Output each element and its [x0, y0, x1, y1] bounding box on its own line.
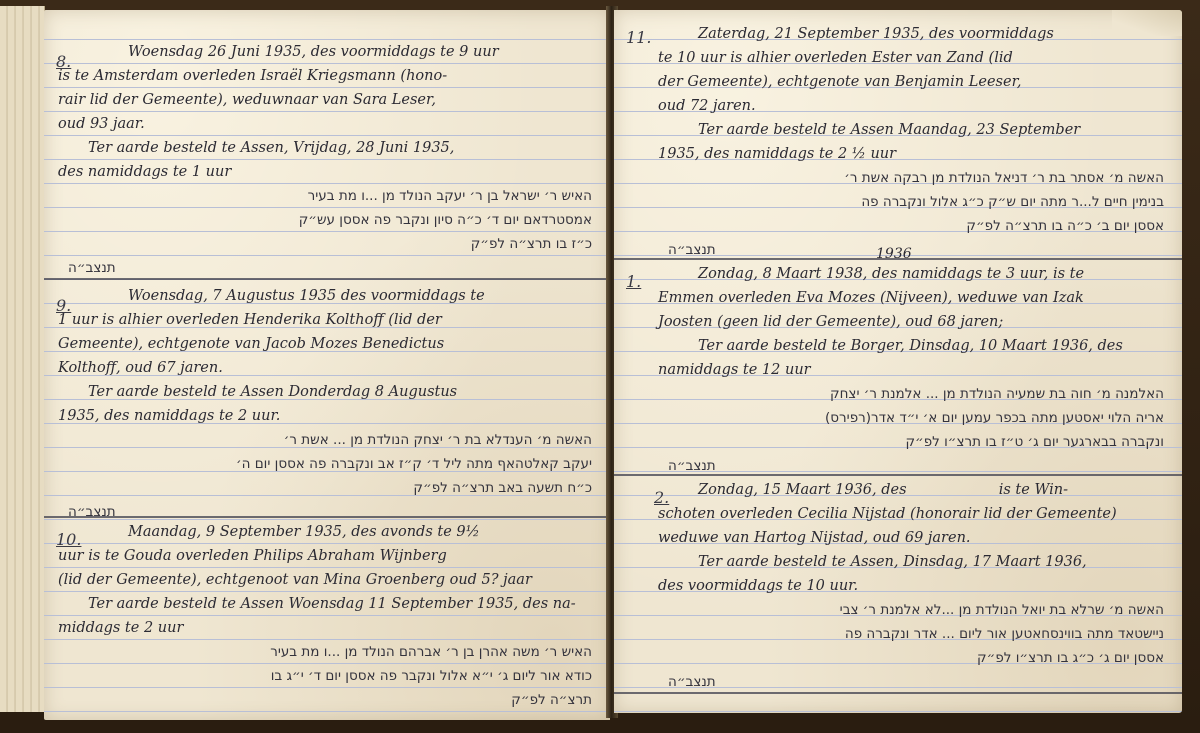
hebrew-text-line: האשה מ׳ אסתר בת ר׳ דניאל הנולדת מן רבקה …: [628, 166, 1164, 190]
hebrew-inscription: האשה מ׳ שרלא בת יואל הנולדת מן ...לא אלמ…: [628, 598, 1170, 694]
entry-text-line: (lid der Gemeente), echtgenoot van Mina …: [58, 568, 598, 592]
hebrew-text-line: בנימין חיים ל...ר מתה יום ש״ק כ״ג אלול ו…: [628, 190, 1164, 214]
ledger-book: 8. Woensdag 26 Juni 1935, des voormiddag…: [0, 0, 1200, 733]
entry-text-line: Ter aarde besteld te Borger, Dinsdag, 10…: [628, 334, 1170, 358]
hebrew-inscription: האשה מ׳ הענדלא בת ר׳ יצחק הנולדת מן ... …: [58, 428, 598, 524]
entry-divider: [614, 474, 1182, 476]
hebrew-text-line: אססן יום ג׳ כ״ג בו תרצ״ו לפ״ק: [628, 646, 1164, 670]
hebrew-text-line: אססן יום ב׳ כ״ה בו תרצ״ה לפ״ק: [628, 214, 1164, 238]
hebrew-text-line: תרצ״ה לפ״ק: [58, 688, 592, 712]
entry-text-line: Ter aarde besteld te Assen, Dinsdag, 17 …: [628, 550, 1170, 574]
entry-text-line: Woensdag 26 Juni 1935, des voormiddags t…: [58, 40, 598, 64]
entry-text-line: oud 72 jaren.: [628, 94, 1170, 118]
entry-text-line: is te Amsterdam overleden Israël Kriegsm…: [58, 64, 598, 88]
hebrew-text-line: יעקב קאלטהאף מתה ליל ד׳ ק״ז אב ונקברה פה…: [58, 452, 592, 476]
entry-text-line: 1 uur is alhier overleden Henderika Kolt…: [58, 308, 598, 332]
entry-text-line: der Gemeente), echtgenote van Benjamin L…: [628, 70, 1170, 94]
entry-text-line: schoten overleden Cecilia Nijstad (honor…: [628, 502, 1170, 526]
left-page: 8. Woensdag 26 Juni 1935, des voormiddag…: [44, 10, 610, 720]
hebrew-inscription: האיש ר׳ ישראל בן ר׳ יעקב הנולד מן ...ו מ…: [58, 184, 598, 280]
entry-divider: [614, 692, 1182, 694]
entry-text-line: te 10 uur is alhier overleden Ester van …: [628, 46, 1170, 70]
entry-text-line: 1935, des namiddags te 2 ½ uur: [628, 142, 1170, 166]
register-entry: Woensdag 26 Juni 1935, des voormiddags t…: [58, 40, 598, 280]
right-page: 11. Zaterdag, 21 September 1935, des voo…: [614, 10, 1182, 713]
register-entry: Zondag, 8 Maart 1938, des namiddags te 3…: [628, 262, 1170, 478]
hebrew-text-line: האיש ר׳ משה אהרן בן ר׳ אברהם הנולד מן ..…: [58, 640, 592, 664]
hebrew-text-line: האשה מ׳ שרלא בת יואל הנולדת מן ...לא אלמ…: [628, 598, 1164, 622]
hebrew-text-line: האשה מ׳ הענדלא בת ר׳ יצחק הנולדת מן ... …: [58, 428, 592, 452]
entry-text-line: des namiddags te 1 uur: [58, 160, 598, 184]
entry-text-line: Ter aarde besteld te Assen, Vrijdag, 28 …: [58, 136, 598, 160]
hebrew-text-line: האלמנה מ׳ חוה בת שמעיה הנולדת מן ... אלמ…: [628, 382, 1164, 406]
register-entry: Zaterdag, 21 September 1935, des voormid…: [628, 22, 1170, 262]
entry-text-line: 1935, des namiddags te 2 uur.: [58, 404, 598, 428]
entry-text-line: weduwe van Hartog Nijstad, oud 69 jaren.: [628, 526, 1170, 550]
hebrew-text-line: ונקברה בבארגער יום ג׳ ט״ז בו תרצ״ו לפ״ק: [628, 430, 1164, 454]
entry-text-line: middags te 2 uur: [58, 616, 598, 640]
hebrew-text-line: תנצב״ה: [58, 712, 592, 720]
entry-text-line: Zondag, 15 Maart 1936, des is te Win-: [628, 478, 1170, 502]
hebrew-text-line: כודא אור ליום ג׳ י״א אלול ונקבר פה אססן …: [58, 664, 592, 688]
entry-text-line: Zaterdag, 21 September 1935, des voormid…: [628, 22, 1170, 46]
hebrew-text-line: תנצב״ה: [58, 256, 592, 280]
hebrew-inscription: האלמנה מ׳ חוה בת שמעיה הנולדת מן ... אלמ…: [628, 382, 1170, 478]
entry-text-line: namiddags te 12 uur: [628, 358, 1170, 382]
hebrew-text-line: כ״ח תשעה באב תרצ״ה לפ״ק: [58, 476, 592, 500]
register-entry: Zondag, 15 Maart 1936, des is te Win- sc…: [628, 478, 1170, 694]
entry-divider: [44, 516, 610, 518]
hebrew-text-line: תנצב״ה: [628, 670, 1164, 694]
hebrew-text-line: אריה הלוי יאסטען מתה בכפר עמען יום א׳ י״…: [628, 406, 1164, 430]
entry-text-line: Ter aarde besteld te Assen Maandag, 23 S…: [628, 118, 1170, 142]
entry-text-line: uur is te Gouda overleden Philips Abraha…: [58, 544, 598, 568]
hebrew-text-line: אמסטרדאם יום ד׳ כ״ה סיון ונקבר פה אססן ע…: [58, 208, 592, 232]
entry-text-line: Maandag, 9 September 1935, des avonds te…: [58, 520, 598, 544]
entry-text-line: Ter aarde besteld te Assen Woensdag 11 S…: [58, 592, 598, 616]
entry-text-line: Gemeente), echtgenote van Jacob Mozes Be…: [58, 332, 598, 356]
entry-text-line: Kolthoff, oud 67 jaren.: [58, 356, 598, 380]
entry-text-line: Ter aarde besteld te Assen Donderdag 8 A…: [58, 380, 598, 404]
hebrew-text-line: האיש ר׳ ישראל בן ר׳ יעקב הנולד מן ...ו מ…: [58, 184, 592, 208]
page-stack-edges: [0, 6, 45, 712]
entry-text-line: Joosten (geen lid der Gemeente), oud 68 …: [628, 310, 1170, 334]
register-entry: Woensdag, 7 Augustus 1935 des voormiddag…: [58, 284, 598, 524]
entry-text-line: rair lid der Gemeente), weduwnaar van Sa…: [58, 88, 598, 112]
year-correction: 1936: [876, 246, 912, 262]
hebrew-inscription: האיש ר׳ משה אהרן בן ר׳ אברהם הנולד מן ..…: [58, 640, 598, 720]
entry-divider: [44, 278, 610, 280]
register-entry: Maandag, 9 September 1935, des avonds te…: [58, 520, 598, 720]
entry-text-line: oud 93 jaar.: [58, 112, 598, 136]
entry-text-line: des voormiddags te 10 uur.: [628, 574, 1170, 598]
hebrew-text-line: ניישטאד מתה בווינסחאטען אור ליום ... אדר…: [628, 622, 1164, 646]
entry-text-line: Woensdag, 7 Augustus 1935 des voormiddag…: [58, 284, 598, 308]
hebrew-text-line: כ״ז בו תרצ״ה לפ״ק: [58, 232, 592, 256]
entry-text-line: Zondag, 8 Maart 1938, des namiddags te 3…: [628, 262, 1170, 286]
entry-text-line: Emmen overleden Eva Mozes (Nijveen), wed…: [628, 286, 1170, 310]
